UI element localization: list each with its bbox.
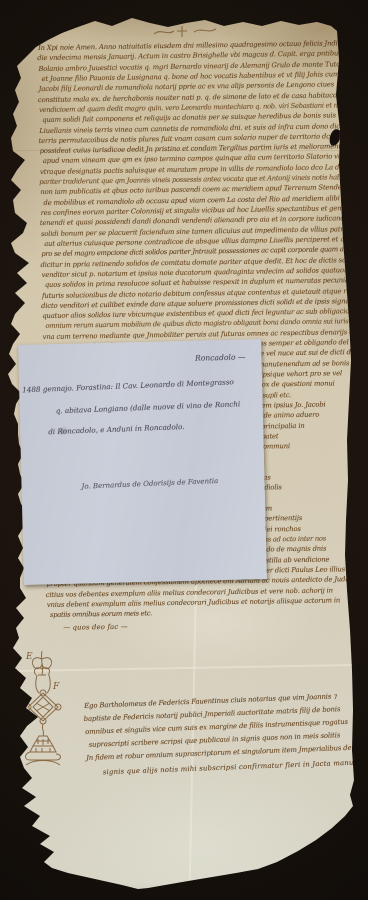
note-heading: Roncadolo — — [195, 352, 246, 362]
photo-of-manuscript: In Xpi noie Amen. Anno natiuitatis eiusd… — [0, 0, 368, 900]
archivist-note: Roncadolo — 1488 gennajo. Forastina: Il … — [18, 339, 267, 585]
note-line: di Roncadolo, e Anduni in Roncadolo. — [48, 422, 185, 436]
note-line: 1488 gennajo. Forastina: Il Cav. Leonard… — [22, 377, 234, 394]
note-line: q. abitava Longiano (dalle nuove di vino… — [56, 399, 241, 415]
note-signature: Jo. Bernardus de Odorisijs de Faventia — [81, 477, 218, 491]
